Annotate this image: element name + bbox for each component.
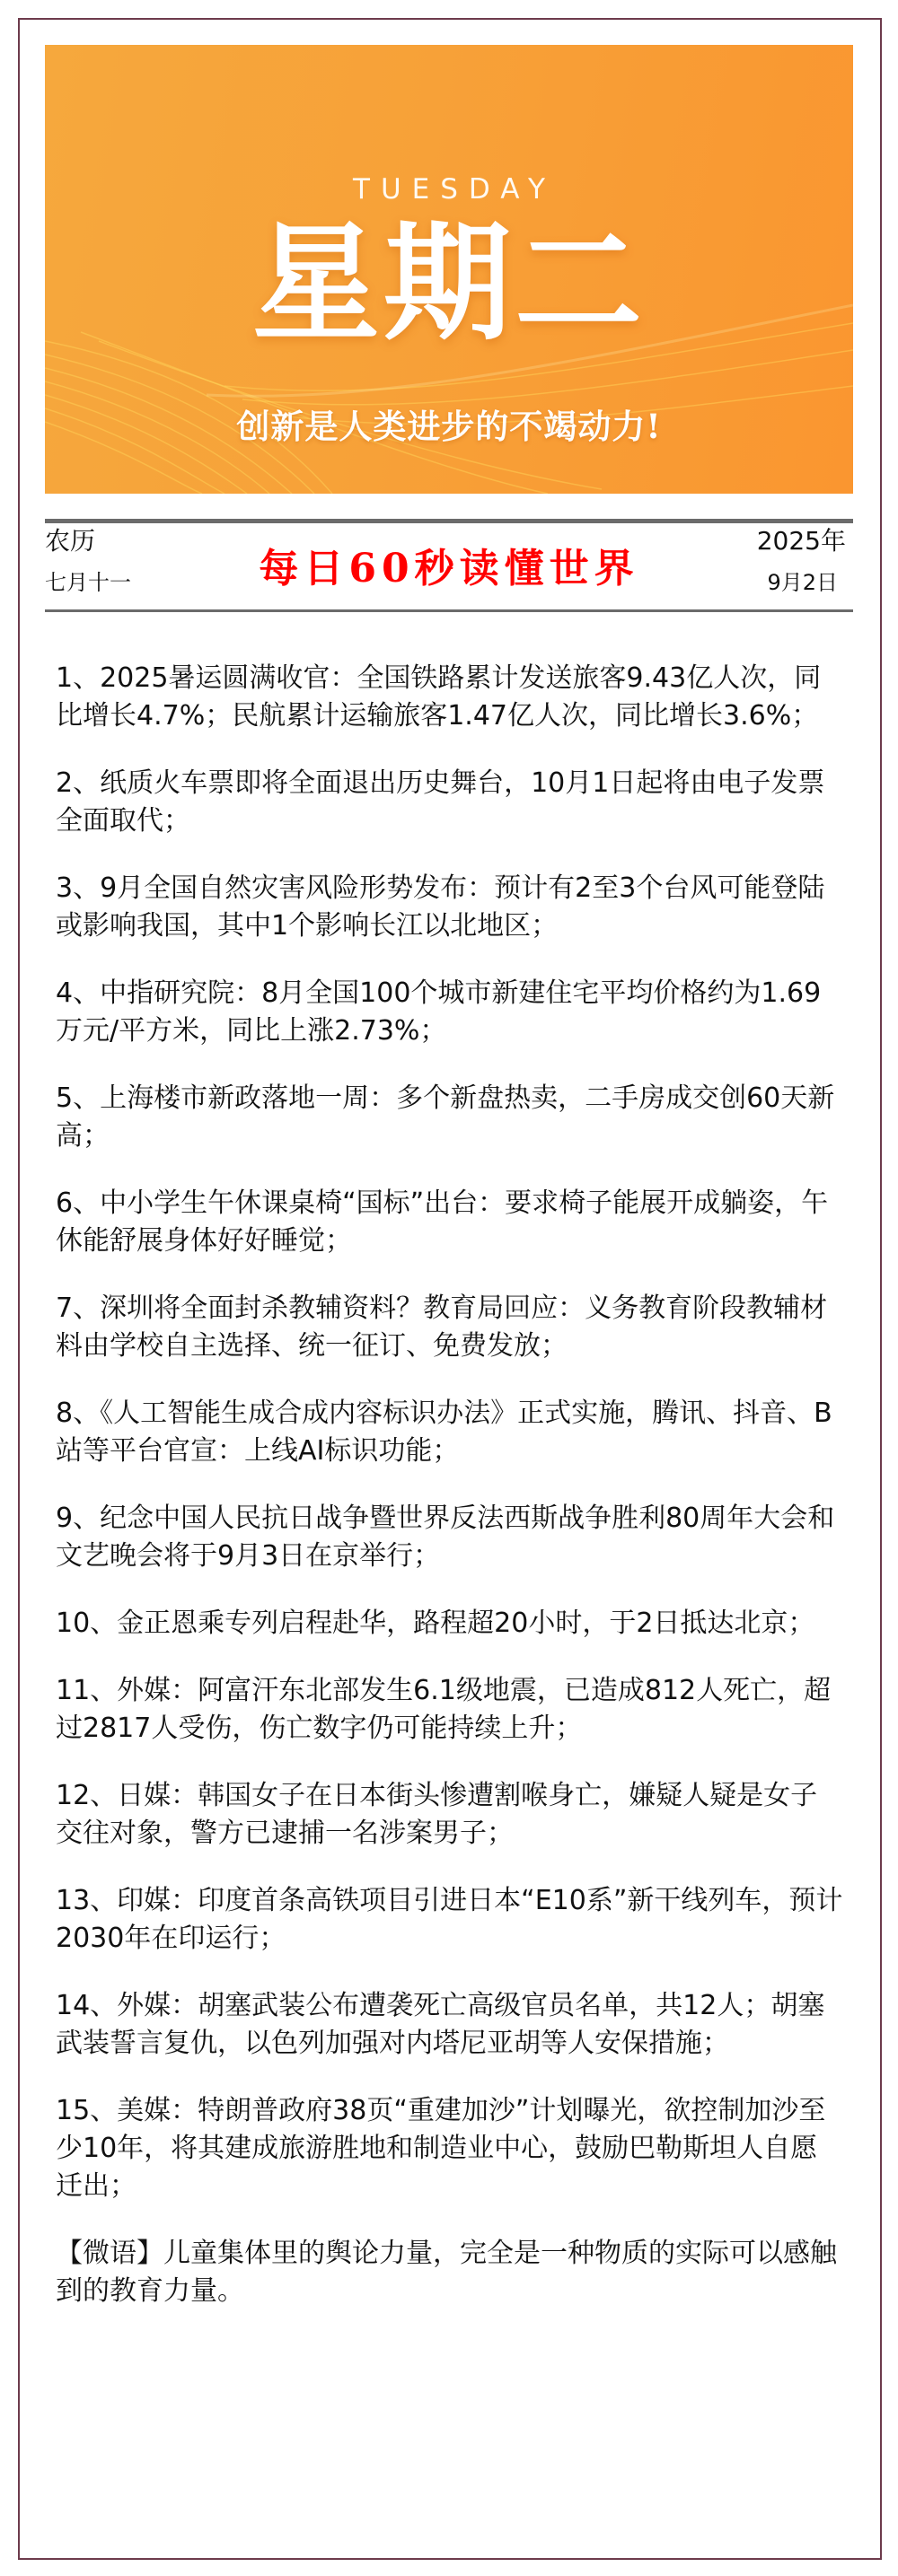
news-item-14: 14、外媒：胡塞武装公布遭袭死亡高级官员名单，共12人；胡塞武装誓言复仇，以色列… <box>56 1987 844 2063</box>
news-item-9: 9、纪念中国人民抗日战争暨世界反法西斯战争胜利80周年大会和文艺晚会将于9月3日… <box>56 1500 844 1575</box>
weekday-chinese: 星期二 <box>45 212 853 355</box>
page-title: 每日60秒读懂世界 <box>180 540 718 598</box>
news-item-12: 12、日媒：韩国女子在日本街头惨遭割喉身亡，嫌疑人疑是女子交往对象，警方已逮捕一… <box>56 1777 844 1853</box>
weekday-banner: TUESDAY 星期二 创新是人类进步的不竭动力! <box>45 45 853 494</box>
news-item-8: 8、《人工智能生成合成内容标识办法》正式实施，腾讯、抖音、B站等平台官宣：上线A… <box>56 1395 844 1470</box>
lunar-calendar-label: 农历 <box>45 525 95 557</box>
news-item-13: 13、印媒：印度首条高铁项目引进日本“E10系”新干线列车，预计2030年在印运… <box>56 1882 844 1958</box>
news-item-3: 3、9月全国自然灾害风险形势发布：预计有2至3个台风可能登陆或影响我国，其中1个… <box>56 870 844 945</box>
motto-text: 创新是人类进步的不竭动力! <box>45 406 853 447</box>
month-day-label: 9月2日 <box>767 568 838 597</box>
news-item-10: 10、金正恩乘专列启程赴华，路程超20小时，于2日抵达北京； <box>56 1605 844 1643</box>
news-list: 1、2025暑运圆满收官：全国铁路累计发送旅客9.43亿人次，同比增长4.7%；… <box>56 660 844 2340</box>
news-item-5: 5、上海楼市新政落地一周：多个新盘热卖，二手房成交创60天新高； <box>56 1080 844 1155</box>
lunar-date: 七月十一 <box>45 568 131 597</box>
news-item-4: 4、中指研究院：8月全国100个城市新建住宅平均价格约为1.69万元/平方米，同… <box>56 975 844 1050</box>
year-label: 2025年 <box>757 525 846 557</box>
news-item-2: 2、纸质火车票即将全面退出历史舞台，10月1日起将由电子发票全面取代； <box>56 765 844 840</box>
news-item-1: 1、2025暑运圆满收官：全国铁路累计发送旅客9.43亿人次，同比增长4.7%；… <box>56 660 844 735</box>
news-item-7: 7、深圳将全面封杀教辅资料？教育局回应：义务教育阶段教辅材料由学校自主选择、统一… <box>56 1290 844 1365</box>
header-bottom-rule <box>45 609 853 612</box>
weekday-english: TUESDAY <box>45 173 853 206</box>
news-item-15: 15、美媒：特朗普政府38页“重建加沙”计划曝光，欲控制加沙至少10年，将其建成… <box>56 2092 844 2205</box>
news-item-11: 11、外媒：阿富汗东北部发生6.1级地震，已造成812人死亡，超过2817人受伤… <box>56 1672 844 1748</box>
daily-quote: 【微语】儿童集体里的舆论力量，完全是一种物质的实际可以感触到的教育力量。 <box>56 2235 844 2310</box>
news-item-6: 6、中小学生午休课桌椅“国标”出台：要求椅子能展开成躺姿，午休能舒展身体好好睡觉… <box>56 1185 844 1260</box>
header-top-rule <box>45 519 853 523</box>
